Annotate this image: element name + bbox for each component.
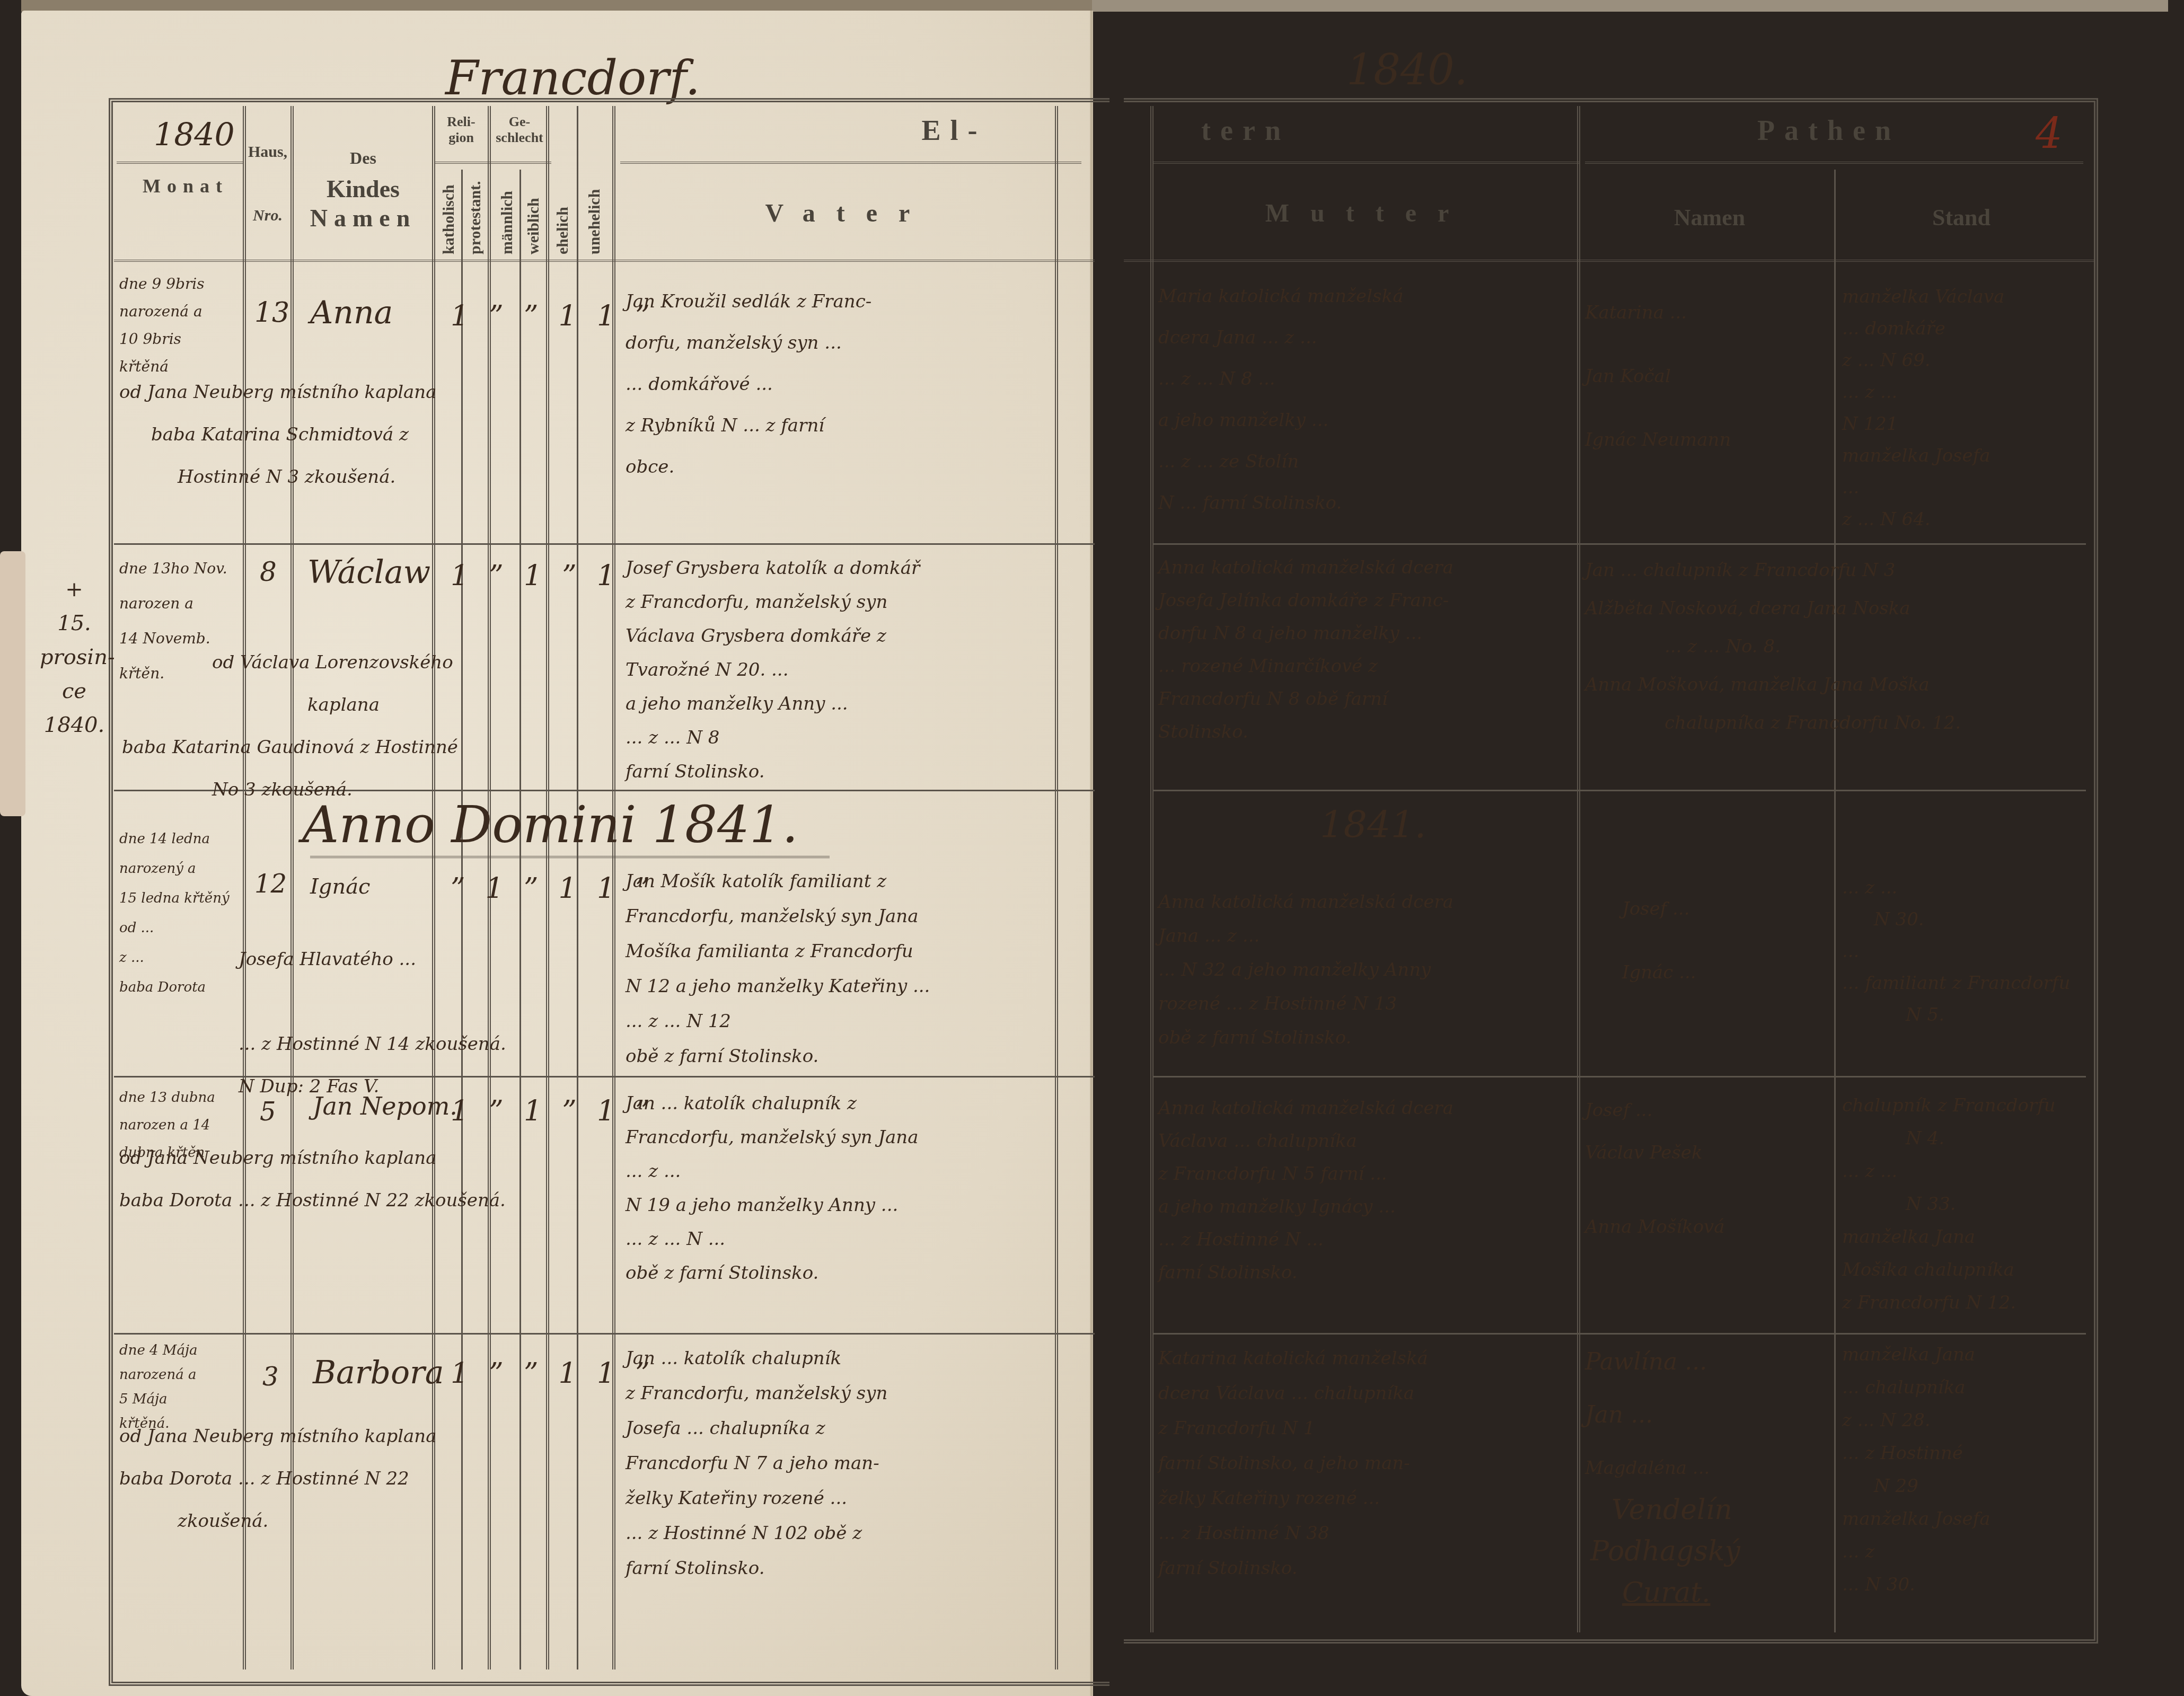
entry-2-midwife: od Václava Lorenzovského kaplana baba Ka… [212, 641, 615, 811]
entry-2-marks: 1”1”1 [451, 559, 635, 593]
header-namen: Namen [297, 204, 429, 232]
header-geschlecht-line [493, 162, 551, 166]
header-vater: Vater [689, 199, 1007, 228]
row-separator [1153, 543, 2086, 545]
header-eltern-line-right [1153, 162, 1580, 166]
entry-3-godparent-stand: ... z ...N 30.... ... familiant z Francd… [1842, 872, 2081, 1031]
header-eltern-line-left [620, 162, 1081, 166]
row-separator [114, 543, 1095, 545]
entry-3-midwife: Ignác Josefa Hlavatého ... ... z Hostinn… [239, 896, 610, 1108]
row-separator [1153, 1333, 2086, 1335]
entry-4-midwife: od Jana Neuberg místního kaplanababa Dor… [119, 1137, 618, 1222]
entry-1-child-name: Anna [310, 294, 393, 331]
curate-signature: Vendelín Podhagský Curat. [1590, 1489, 1824, 1613]
anno-domini-underline [310, 856, 830, 860]
book-top-edge-right [1092, 0, 2168, 12]
entry-5-child-name: Barbora [313, 1354, 444, 1391]
entry-4-mother: Anna katolická manželská dceraVáclava ..… [1158, 1092, 1572, 1289]
header-geschlecht: Ge-schlecht [494, 114, 545, 146]
entry-3-godparent-names: Josef ...Ignác ... [1622, 877, 1829, 1004]
entry-2-death-note: +15.prosin-ce1840. [40, 572, 109, 742]
entry-1-midwife: od Jana Neuberg místního kaplana baba Ka… [119, 371, 596, 498]
header-bottom-line-left [114, 260, 1095, 264]
header-pathen-namen: Namen [1590, 204, 1829, 231]
entry-5-mother: Katarina katolická manželskádcera Václav… [1158, 1341, 1572, 1586]
entry-5-father: Jan ... katolík chalupníkz Francdorfu, m… [626, 1341, 1050, 1586]
row-separator [114, 1333, 1095, 1335]
header-monat: Monat [133, 175, 239, 197]
entry-5-godparent-stand: manželka Jana... chalupníkaz ... N 28...… [1842, 1338, 2081, 1601]
entry-5-godparent-names: Pawlína ...Jan ...Magdaléna ... [1585, 1336, 1829, 1495]
entry-2-godparents: Jan ... chalupník z Francdorfu N 3Alžbět… [1585, 551, 2083, 742]
entry-2-father: Josef Grysbera katolík a domkářz Francdo… [626, 551, 1050, 789]
header-eltern-left: El- [901, 114, 1007, 147]
entry-1-house-no: 13 [254, 297, 289, 329]
entry-1-mother: Maria katolická manželskádcera Jana ... … [1158, 276, 1572, 524]
header-mutter: Mutter [1209, 199, 1527, 228]
entry-4-father: Jan ... katolík chalupník zFrancdorfu, m… [626, 1086, 1050, 1290]
entry-1-date: dne 9 9bris narozená a 10 9bris křtěná [119, 270, 241, 381]
entry-5-house-no: 3 [262, 1362, 279, 1392]
header-pathen-stand: Stand [1839, 204, 2083, 231]
header-ehelich: ehelich [554, 175, 572, 254]
header-religion-line [435, 162, 493, 166]
header-religion: Reli-gion [436, 114, 487, 146]
entry-3-mother: Anna katolická manželská dceraJana ... z… [1158, 885, 1572, 1055]
header-pathen-line [1585, 162, 2083, 166]
header-kindes: Kindes [297, 175, 429, 203]
header-bottom-line-right [1124, 260, 2094, 264]
entry-1-father: Jan Kroužil sedlák z Franc-dorfu, manžel… [626, 281, 1050, 488]
header-eltern-right: tern [1166, 114, 1325, 147]
torn-paper-fragment [0, 551, 25, 816]
header-unehelich: unehelich [586, 175, 604, 254]
header-haus: Haus, [245, 143, 290, 161]
entry-1-godparent-stand: manželka Václava... domkářez ... N 69...… [1842, 281, 2081, 535]
entry-4-godparent-stand: chalupník z FrancdorfuN 4.... z ...N 33.… [1842, 1089, 2081, 1319]
col-sep-mutter-left [1150, 106, 1153, 1632]
year-heading: 1840. [1346, 45, 1468, 94]
header-protestant: protestant. [466, 175, 485, 254]
row-separator [1153, 1076, 2086, 1077]
entry-4-house-no: 5 [260, 1097, 276, 1127]
entry-3-house-no: 12 [254, 869, 287, 899]
entry-5-midwife: od Jana Neuberg místního kaplanababa Dor… [119, 1415, 618, 1542]
entry-1-godparent-names: Katarina ...Jan KočalIgnác Neumann [1585, 281, 1829, 472]
entry-3-date: dne 14 lednanarozený a15 ledna křtěnýod … [119, 824, 246, 1002]
row-separator [1153, 790, 2086, 791]
entry-4-godparent-names: Josef ...Václav PešekAnna Mošíková [1585, 1089, 1829, 1248]
col-sep-pathen-namen [1834, 170, 1836, 1632]
header-nro: Nro. [245, 207, 290, 225]
header-des: Des [297, 148, 429, 168]
entry-2-mother: Anna katolická manželská dceraJosefa Jel… [1158, 551, 1572, 748]
col-sep-vater-right [1055, 106, 1058, 1669]
year-1841-heading: 1841. [1320, 803, 1426, 846]
header-katholisch: katholisch [440, 175, 458, 254]
header-subrow-line [117, 162, 244, 166]
anno-domini-heading: Anno Domini 1841. [302, 795, 798, 854]
col-sep-mutter-right [1577, 106, 1580, 1632]
header-year-cell: 1840 [154, 117, 235, 154]
header-weiblich: weiblich [525, 175, 543, 254]
header-maennlich: männlich [498, 175, 516, 254]
entry-2-child-name: Wáclaw [307, 554, 430, 591]
entry-3-father: Jan Mošík katolík familiant zFrancdorfu,… [626, 864, 1050, 1074]
book-top-edge-left [21, 0, 1092, 12]
entry-4-child-name: Jan Nepom. [313, 1092, 457, 1120]
entry-2-house-no: 8 [260, 556, 277, 587]
header-pathen: Pathen [1696, 114, 1961, 147]
